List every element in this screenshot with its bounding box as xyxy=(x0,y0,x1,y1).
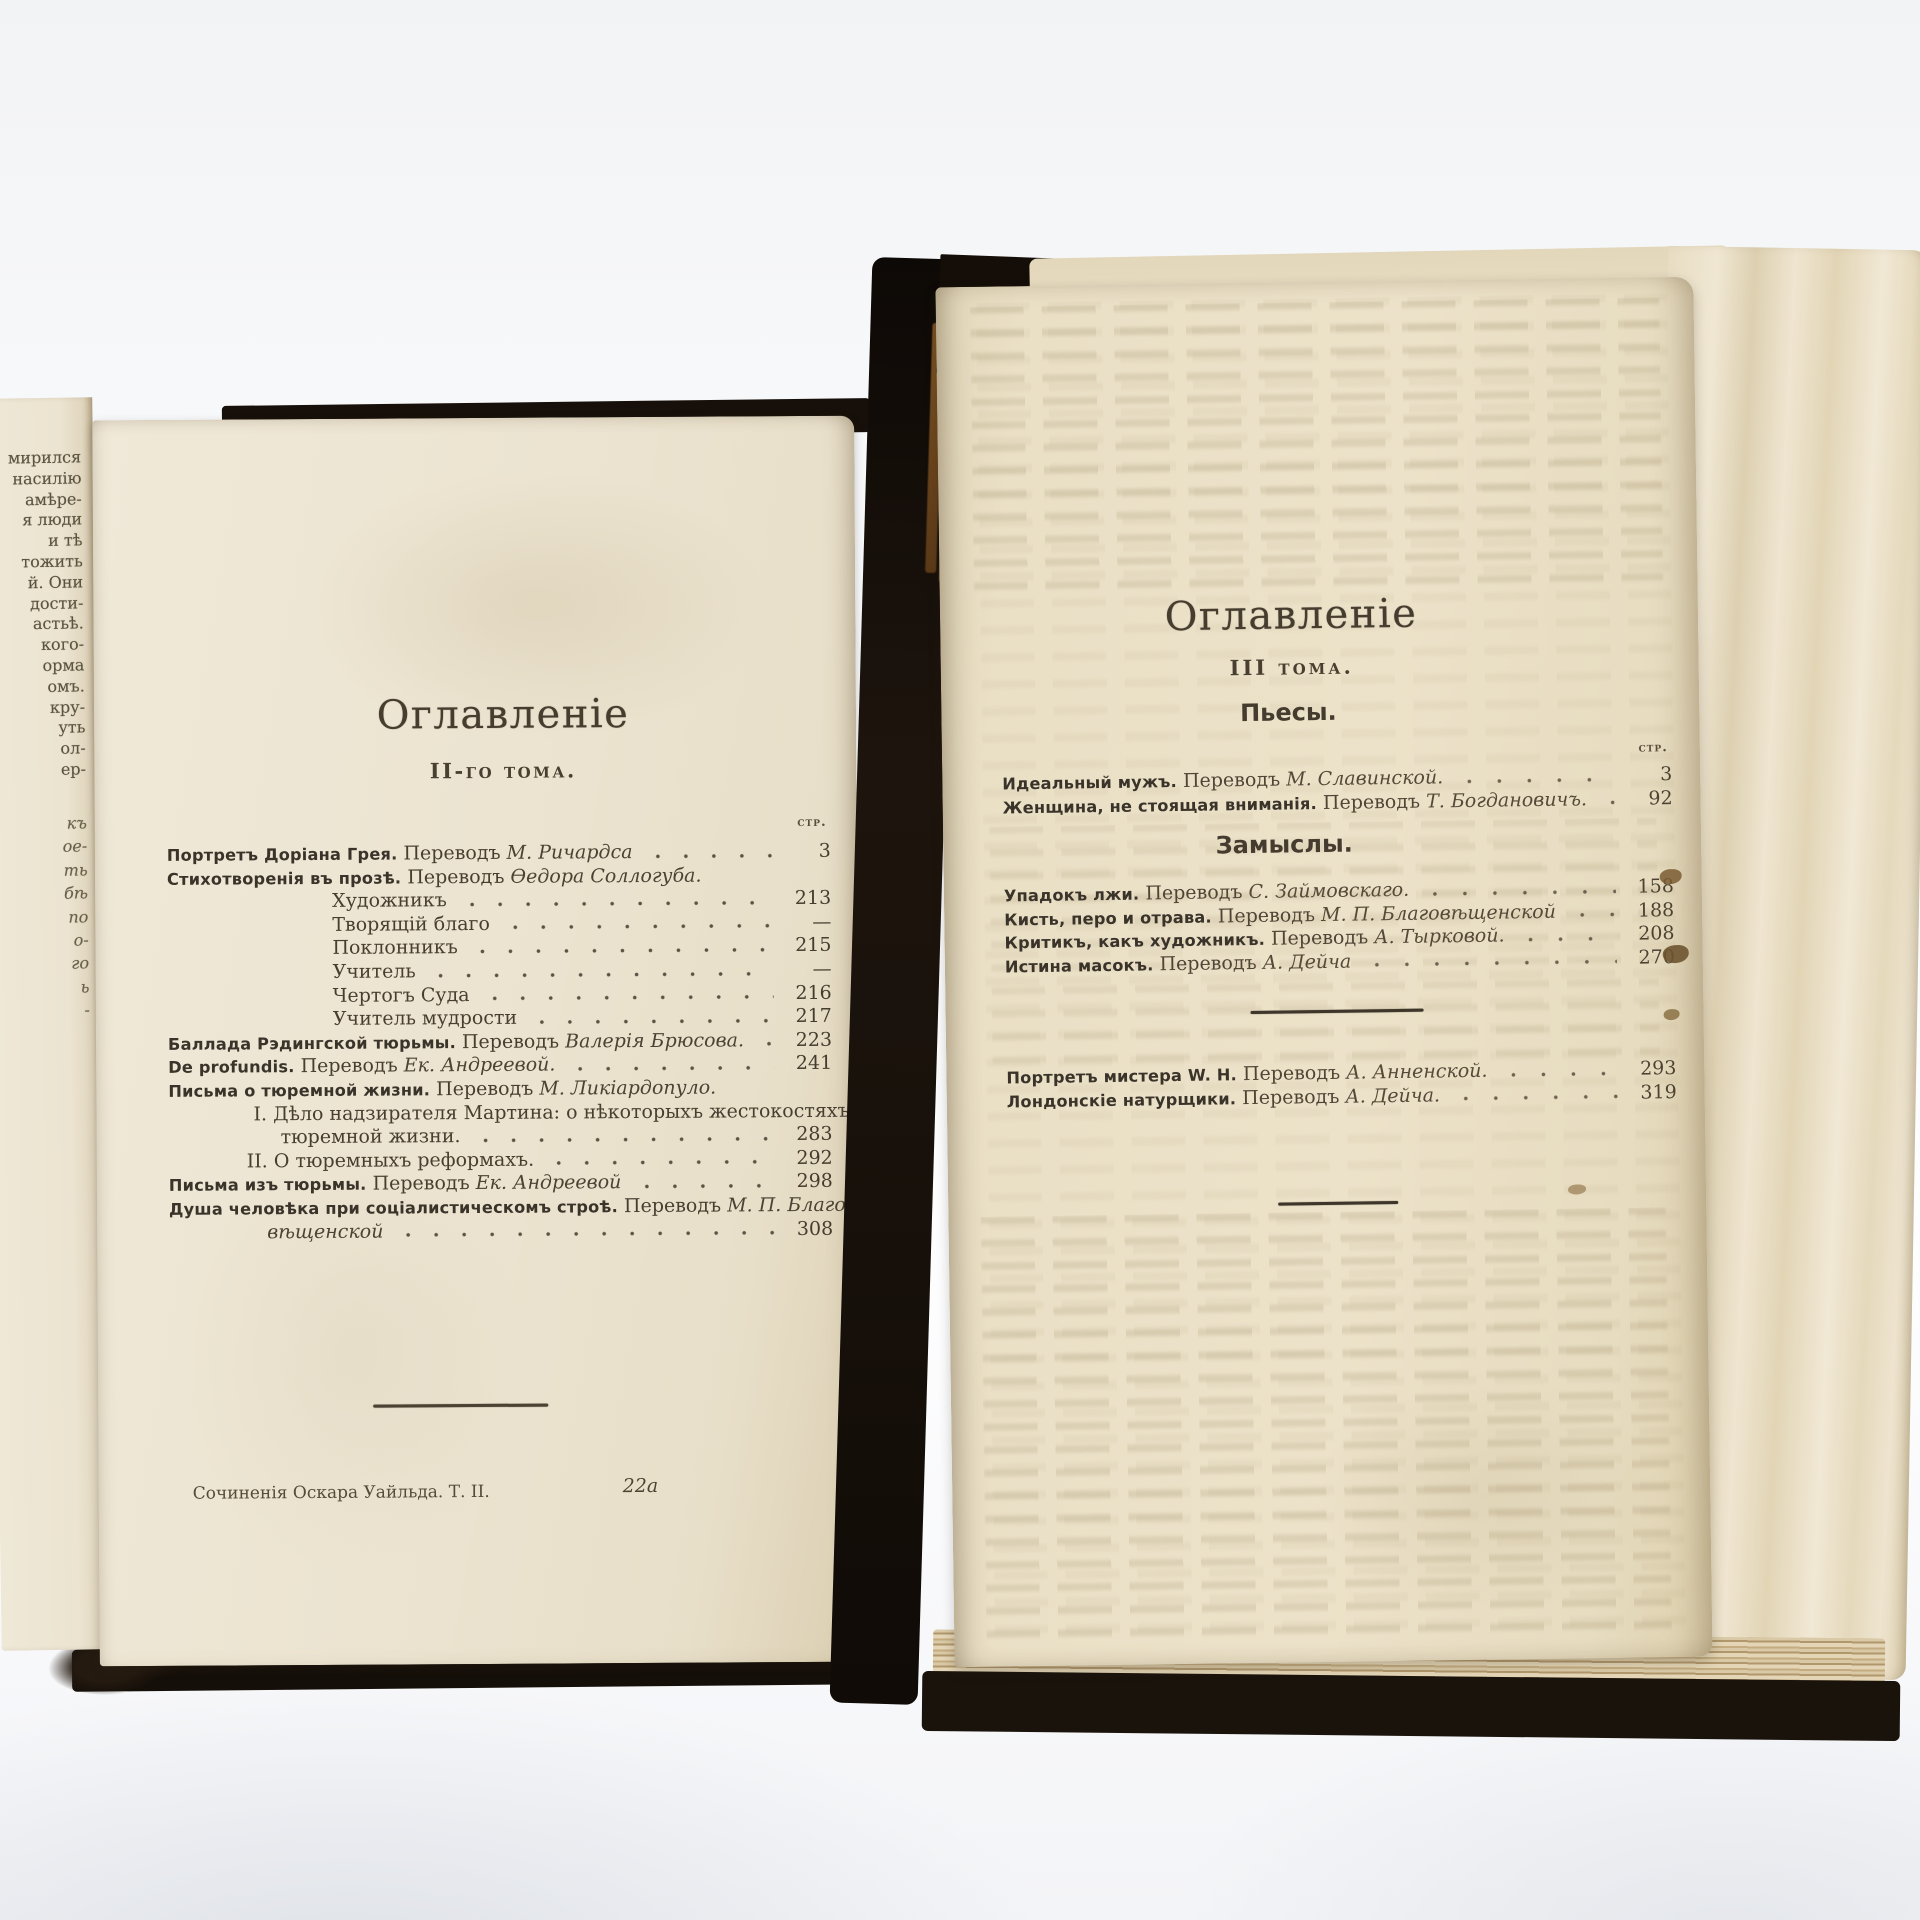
entry-title: Лондонскіе натурщики. xyxy=(1007,1089,1237,1111)
cut-text-line: дости- xyxy=(0,593,84,615)
page-number: 283 xyxy=(783,1123,833,1145)
cut-text-line: астьѣ. xyxy=(0,614,84,636)
page-number: 308 xyxy=(783,1217,833,1239)
cut-text-line: тожить xyxy=(0,551,83,573)
entry-label: Учитель xyxy=(333,960,416,983)
entry-label: Художникъ xyxy=(332,889,447,912)
column-header-str: стр. xyxy=(1638,739,1668,755)
dot-leader xyxy=(1594,788,1615,812)
entry-text: тюремной жизни. xyxy=(281,1125,461,1148)
dot-leader xyxy=(454,887,774,913)
cut-text-line: орма xyxy=(0,655,85,677)
entry-translator: М. П. Благо- xyxy=(727,1194,852,1217)
entry-label: Переводъ xyxy=(1237,1062,1347,1086)
page-number: 217 xyxy=(782,1005,832,1027)
entry-label: Переводъ xyxy=(397,842,506,865)
entry-label: Учитель мудрости xyxy=(333,1007,517,1030)
dot-leader xyxy=(390,1218,775,1244)
cut-text-column: мирилсянасиліюамѣре-я людии тѣтожитьй. О… xyxy=(0,447,86,781)
toc-volume-3-intentions: Упадокъ лжи. Переводъ С. Займовскаго.158… xyxy=(1004,875,1675,979)
entry-text: вѣщенской xyxy=(267,1220,383,1243)
entry-label: II. О тюремныхъ реформахъ. xyxy=(247,1148,535,1172)
right-book-cover-bottom-edge xyxy=(922,1671,1901,1741)
page-number: 188 xyxy=(1624,899,1674,922)
entry-title: Портретъ мистера W. Н. xyxy=(1006,1065,1237,1087)
page-number: 241 xyxy=(782,1052,832,1074)
entry-label: I. Дѣло надзирателя Мартина: о нѣкоторых… xyxy=(253,1099,849,1125)
volume-subtitle: III тома. xyxy=(913,649,1671,685)
entry-title: Упадокъ лжи. xyxy=(1004,885,1140,906)
dot-leader xyxy=(1494,1058,1618,1083)
dot-leader xyxy=(524,1005,774,1030)
entry-title: Баллада Рэдингской тюрьмы. xyxy=(168,1033,456,1054)
entry-translator: Ек. Андреевой xyxy=(476,1171,622,1194)
entry-translator: Ѳедора Соллогуба. xyxy=(510,864,701,887)
column-header-str: стр. xyxy=(797,814,826,830)
entry-label: Переводъ xyxy=(1139,881,1249,905)
entry-text: Истина масокъ. Переводъ А. Дейча xyxy=(1005,950,1352,977)
entry-text: Учитель xyxy=(333,960,416,983)
entry-label: Переводъ xyxy=(1153,952,1263,976)
page-number: 293 xyxy=(1626,1057,1676,1080)
entry-text: Лондонскіе натурщики. Переводъ А. Дейча. xyxy=(1007,1084,1441,1112)
section-heading-plays: Пьесы. xyxy=(909,693,1667,732)
dot-leader xyxy=(1563,900,1617,924)
page-number: 298 xyxy=(783,1170,833,1192)
cut-text-line: го xyxy=(0,952,89,977)
page-number: 216 xyxy=(782,981,832,1003)
entry-label: тюремной жизни. xyxy=(281,1125,461,1148)
entry-translator: М. П. Благовѣщенской xyxy=(1321,900,1556,925)
entry-text: Письма о тюремной жизни. Переводъ М. Лик… xyxy=(168,1076,716,1101)
entry-text: Письма изъ тюрьмы. Переводъ Ек. Андреево… xyxy=(169,1171,622,1196)
entry-title: Женщина, не стоящая вниманія. xyxy=(1003,794,1317,817)
running-footer: Сочиненія Оскара Уайльда. Т. II. xyxy=(193,1482,490,1504)
cut-text-line: насилію xyxy=(0,468,82,490)
section-rule xyxy=(373,1404,548,1408)
entry-text: Портретъ Доріана Грея. Переводъ М. Ричар… xyxy=(167,841,633,866)
dot-leader xyxy=(477,982,774,1007)
section-rule xyxy=(1251,1009,1424,1014)
entry-label: Творящій благо xyxy=(332,913,490,936)
cut-text-line: мирился xyxy=(0,447,81,469)
entry-translator: А. Дейча xyxy=(1263,950,1352,973)
entry-label: Переводъ xyxy=(1265,926,1375,950)
page-number: 223 xyxy=(782,1029,832,1051)
entry-label: Переводъ xyxy=(1212,904,1322,928)
entry-translator: Валерія Брюсова. xyxy=(565,1029,744,1052)
toc-entry: Портретъ Доріана Грея. Переводъ М. Ричар… xyxy=(167,840,831,868)
dot-leader xyxy=(1416,876,1616,902)
dot-leader xyxy=(1450,764,1614,790)
photo-background: мирилсянасиліюамѣре-я людии тѣтожитьй. О… xyxy=(0,0,1920,1920)
cut-text-line: кру- xyxy=(0,697,85,719)
entry-text: I. Дѣло надзирателя Мартина: о нѣкоторых… xyxy=(253,1099,849,1125)
page-number: 292 xyxy=(783,1147,833,1169)
entry-text: Чертогъ Суда xyxy=(333,984,470,1007)
dot-leader xyxy=(497,911,773,936)
dot-leader xyxy=(423,958,774,984)
cut-text-line: уть xyxy=(0,718,86,740)
dot-leader xyxy=(639,840,772,864)
dot-leader xyxy=(465,935,774,960)
entry-label: Переводъ xyxy=(456,1030,565,1053)
dot-leader xyxy=(1511,923,1616,948)
cut-text-column-lower: къое-тьбѣпоо-гоь- xyxy=(0,811,90,1023)
entry-translator: Ек. Андреевой. xyxy=(404,1054,556,1077)
entry-title: Идеальный мужъ. xyxy=(1002,772,1177,793)
entry-title: Кисть, перо и отрава. xyxy=(1004,907,1212,929)
entry-text: Художникъ xyxy=(332,889,447,912)
cut-text-line: ь xyxy=(0,975,90,1000)
entry-label: Переводъ xyxy=(1317,790,1427,814)
entry-translator: С. Займовскаго. xyxy=(1248,879,1409,903)
dot-leader xyxy=(1358,947,1617,974)
entry-translator: М. Славинской. xyxy=(1286,766,1443,790)
entry-title: Душа человѣка при соціалистическомъ стро… xyxy=(169,1197,618,1219)
page-title: Оглавленіе xyxy=(912,587,1671,644)
toc-entry: вѣщенской308 xyxy=(169,1217,833,1245)
cut-text-line: ое- xyxy=(0,835,87,860)
page-number: 3 xyxy=(1622,763,1672,786)
entry-title: Истина масокъ. xyxy=(1005,955,1154,976)
entry-text: Учитель мудрости xyxy=(333,1007,517,1030)
page-number: 208 xyxy=(1624,922,1674,945)
entry-title: Критикъ, какъ художникъ. xyxy=(1004,930,1265,953)
entry-label: Переводъ xyxy=(401,865,510,888)
entry-text: Душа человѣка при соціалистическомъ стро… xyxy=(169,1194,852,1220)
entry-text: Творящій благо xyxy=(332,913,490,936)
page-number: — xyxy=(781,911,831,933)
printer-signature: 22а xyxy=(623,1475,659,1497)
toc-volume-2: Портретъ Доріана Грея. Переводъ М. Ричар… xyxy=(167,840,833,1245)
page-title: Оглавленіе xyxy=(122,690,884,741)
dot-leader xyxy=(628,1170,775,1194)
entry-label: Переводъ xyxy=(430,1078,539,1101)
entry-title: Письма о тюремной жизни. xyxy=(168,1080,430,1101)
entry-text: II. О тюремныхъ реформахъ. xyxy=(247,1148,535,1172)
cut-text-line: по xyxy=(0,905,89,930)
page-number: 3 xyxy=(781,840,831,862)
dot-leader xyxy=(467,1123,774,1148)
entry-translator: А. Анненской. xyxy=(1346,1060,1488,1084)
volume-subtitle: II-го тома. xyxy=(122,756,884,786)
entry-label: Переводъ xyxy=(294,1055,403,1078)
entry-title: De profundis. xyxy=(168,1057,294,1077)
dot-leader xyxy=(562,1053,774,1078)
toc-volume-3-other: Портретъ мистера W. Н. Переводъ А. Аннен… xyxy=(1006,1057,1677,1114)
cut-text-line: кого- xyxy=(0,635,84,657)
entry-translator: А. Дейча. xyxy=(1345,1084,1440,1107)
entry-label: Переводъ xyxy=(1177,769,1287,793)
entry-text: Поклонникъ xyxy=(332,936,457,959)
cut-text-line: - xyxy=(0,999,90,1024)
cut-text-line: о- xyxy=(0,928,89,953)
entry-title: Письма изъ тюрьмы. xyxy=(169,1175,367,1195)
entry-title: Портретъ Доріана Грея. xyxy=(167,844,398,864)
cut-text-line: я люди xyxy=(0,510,82,532)
entry-label: Переводъ xyxy=(618,1194,727,1217)
cut-text-line: бѣ xyxy=(0,882,88,907)
page-number: — xyxy=(781,958,831,980)
entry-text: Стихотворенія въ прозѣ. Переводъ Ѳедора … xyxy=(167,864,702,889)
section-heading-intentions: Замыслы. xyxy=(905,825,1663,864)
page-number: 319 xyxy=(1627,1081,1677,1104)
cut-text-line: амѣре- xyxy=(0,489,82,511)
entry-translator: вѣщенской xyxy=(267,1220,383,1243)
left-page: Оглавленіе II-го тома. стр. Портретъ Дор… xyxy=(92,416,862,1667)
page-number: 215 xyxy=(781,934,831,956)
page-number: 92 xyxy=(1622,787,1672,810)
entry-translator: М. Ричардса xyxy=(507,841,633,864)
toc-volume-3-plays: Идеальный мужъ. Переводъ М. Славинской.3… xyxy=(1002,763,1673,820)
entry-translator: М. Ликіардопуло. xyxy=(539,1076,716,1099)
cut-text-line: ер- xyxy=(0,759,86,781)
page-number: 213 xyxy=(781,887,831,909)
entry-translator: Т. Богдановичъ. xyxy=(1426,788,1587,812)
entry-text: De profundis. Переводъ Ек. Андреевой. xyxy=(168,1054,555,1078)
toc-entry: De profundis. Переводъ Ек. Андреевой.241 xyxy=(168,1052,832,1080)
entry-label: Чертогъ Суда xyxy=(333,984,470,1007)
dot-leader xyxy=(751,1029,774,1053)
section-rule xyxy=(1278,1201,1398,1205)
entry-title: Стихотворенія въ прозѣ. xyxy=(167,868,401,888)
cut-text-line: й. Они xyxy=(0,572,83,594)
entry-translator: А. Тырковой. xyxy=(1374,925,1505,949)
cut-text-line: ол- xyxy=(0,739,86,761)
cut-text-line: и тѣ xyxy=(0,531,83,553)
entry-text: Баллада Рэдингской тюрьмы. Переводъ Вале… xyxy=(168,1029,744,1055)
cut-text-line: омъ. xyxy=(0,676,85,698)
right-page: Оглавленіе III тома. Пьесы. стр. Идеальн… xyxy=(935,277,1712,1667)
entry-label: Переводъ xyxy=(366,1172,475,1195)
cut-text-line: ть xyxy=(0,858,88,883)
cut-text-line: къ xyxy=(0,811,87,836)
entry-label: Поклонникъ xyxy=(332,936,457,959)
dot-leader xyxy=(1447,1081,1619,1107)
entry-label: Переводъ xyxy=(1236,1085,1346,1109)
dot-leader xyxy=(541,1147,775,1172)
